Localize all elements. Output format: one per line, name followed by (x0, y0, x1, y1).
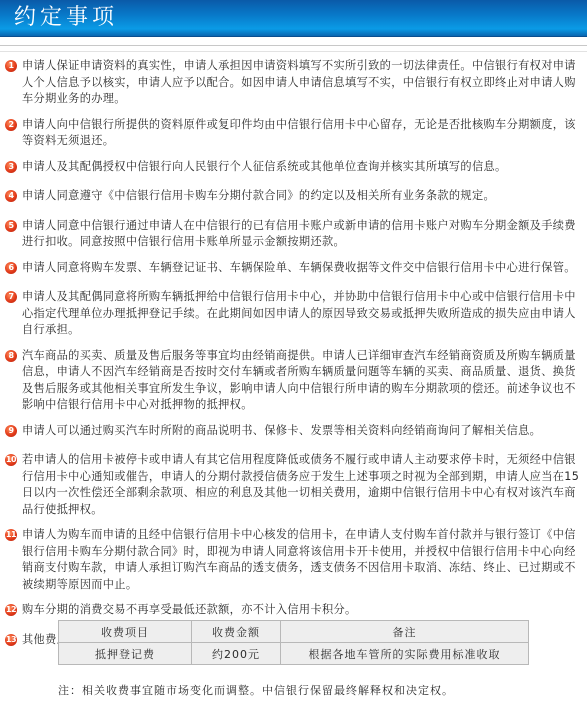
terms-list: 1申请人保证申请资料的真实性，申请人承担因申请资料填写不实所引致的一切法律责任。… (0, 58, 587, 657)
term-item: 5申请人同意中信银行通过申请人在中信银行的已有信用卡账户或新申请的信用卡账户对购… (0, 218, 587, 251)
term-text: 申请人可以通过购买汽车时所附的商品说明书、保修卡、发票等相关资料向经销商询问了解… (22, 424, 541, 437)
term-item: 2申请人向中信银行所提供的资料原件或复印件均由中信银行信用卡中心留存，无论是否批… (0, 117, 587, 150)
term-text: 申请人为购车而申请的且经中信银行信用卡中心核发的信用卡，在申请人支付购车首付款并… (22, 528, 576, 591)
number-badge-icon: 3 (5, 161, 17, 173)
term-item: 1申请人保证申请资料的真实性，申请人承担因申请资料填写不实所引致的一切法律责任。… (0, 58, 587, 108)
column-header: 收费项目 (59, 621, 192, 643)
table-row: 抵押登记费 约200元 根据各地车管所的实际费用标准收取 (59, 643, 529, 665)
divider (0, 51, 587, 52)
number-badge-icon: 9 (5, 425, 17, 437)
term-item: 3申请人及其配偶授权中信银行向人民银行个人征信系统或其他单位查询并核实其所填写的… (0, 159, 587, 176)
page-header: 约定事项 (0, 0, 587, 37)
term-text: 若申请人的信用卡被停卡或申请人有其它信用程度降低或债务不履行或申请人主动要求停卡… (22, 453, 579, 516)
number-badge-icon: 7 (5, 291, 17, 303)
footnote: 注：相关收费事宜随市场变化而调整。中信银行保留最终解释权和决定权。 (58, 682, 454, 698)
number-badge-icon: 12 (5, 604, 17, 616)
number-badge-icon: 11 (5, 529, 17, 541)
table-cell: 约200元 (192, 643, 281, 665)
term-text: 汽车商品的买卖、质量及售后服务等事宜均由经销商提供。申请人已详细审查汽车经销商资… (22, 349, 576, 412)
term-text: 申请人同意将购车发票、车辆登记证书、车辆保险单、车辆保费收据等文件交中信银行信用… (22, 261, 576, 274)
term-item: 11申请人为购车而申请的且经中信银行信用卡中心核发的信用卡，在申请人支付购车首付… (0, 527, 587, 593)
table-cell: 抵押登记费 (59, 643, 192, 665)
table-cell: 根据各地车管所的实际费用标准收取 (281, 643, 529, 665)
term-item: 9申请人可以通过购买汽车时所附的商品说明书、保修卡、发票等相关资料向经销商询问了… (0, 423, 587, 440)
divider (0, 45, 587, 46)
page-title: 约定事项 (14, 4, 118, 32)
term-text: 申请人同意遵守《中信银行信用卡购车分期付款合同》的约定以及相关所有业务条款的规定… (22, 189, 495, 202)
number-badge-icon: 2 (5, 119, 17, 131)
term-item: 6申请人同意将购车发票、车辆登记证书、车辆保险单、车辆保费收据等文件交中信银行信… (0, 260, 587, 277)
term-text: 申请人及其配偶同意将所购车辆抵押给中信银行信用卡中心，并协助中信银行信用卡中心或… (22, 290, 576, 336)
number-badge-icon: 13 (5, 634, 17, 646)
term-text: 申请人向中信银行所提供的资料原件或复印件均由中信银行信用卡中心留存，无论是否批核… (22, 118, 576, 148)
term-text: 申请人同意中信银行通过申请人在中信银行的已有信用卡账户或新申请的信用卡账户对购车… (22, 219, 576, 249)
number-badge-icon: 1 (5, 60, 17, 72)
number-badge-icon: 6 (5, 262, 17, 274)
column-header: 备注 (281, 621, 529, 643)
term-item: 4申请人同意遵守《中信银行信用卡购车分期付款合同》的约定以及相关所有业务条款的规… (0, 188, 587, 205)
table-header-row: 收费项目 收费金额 备注 (59, 621, 529, 643)
number-badge-icon: 10 (5, 454, 17, 466)
column-header: 收费金额 (192, 621, 281, 643)
term-item: 7申请人及其配偶同意将所购车辆抵押给中信银行信用卡中心，并协助中信银行信用卡中心… (0, 289, 587, 339)
number-badge-icon: 4 (5, 190, 17, 202)
term-item: 10若申请人的信用卡被停卡或申请人有其它信用程度降低或债务不履行或申请人主动要求… (0, 452, 587, 518)
term-item: 12购车分期的消费交易不再享受最低还款额，亦不计入信用卡积分。 (0, 602, 587, 619)
term-text: 申请人保证申请资料的真实性，申请人承担因申请资料填写不实所引致的一切法律责任。中… (22, 59, 576, 105)
number-badge-icon: 5 (5, 220, 17, 232)
term-item: 8汽车商品的买卖、质量及售后服务等事宜均由经销商提供。申请人已详细审查汽车经销商… (0, 348, 587, 414)
term-text: 申请人及其配偶授权中信银行向人民银行个人征信系统或其他单位查询并核实其所填写的信… (22, 160, 507, 173)
number-badge-icon: 8 (5, 350, 17, 362)
term-text: 购车分期的消费交易不再享受最低还款额，亦不计入信用卡积分。 (22, 603, 357, 616)
fee-table: 收费项目 收费金额 备注 抵押登记费 约200元 根据各地车管所的实际费用标准收… (58, 620, 529, 665)
